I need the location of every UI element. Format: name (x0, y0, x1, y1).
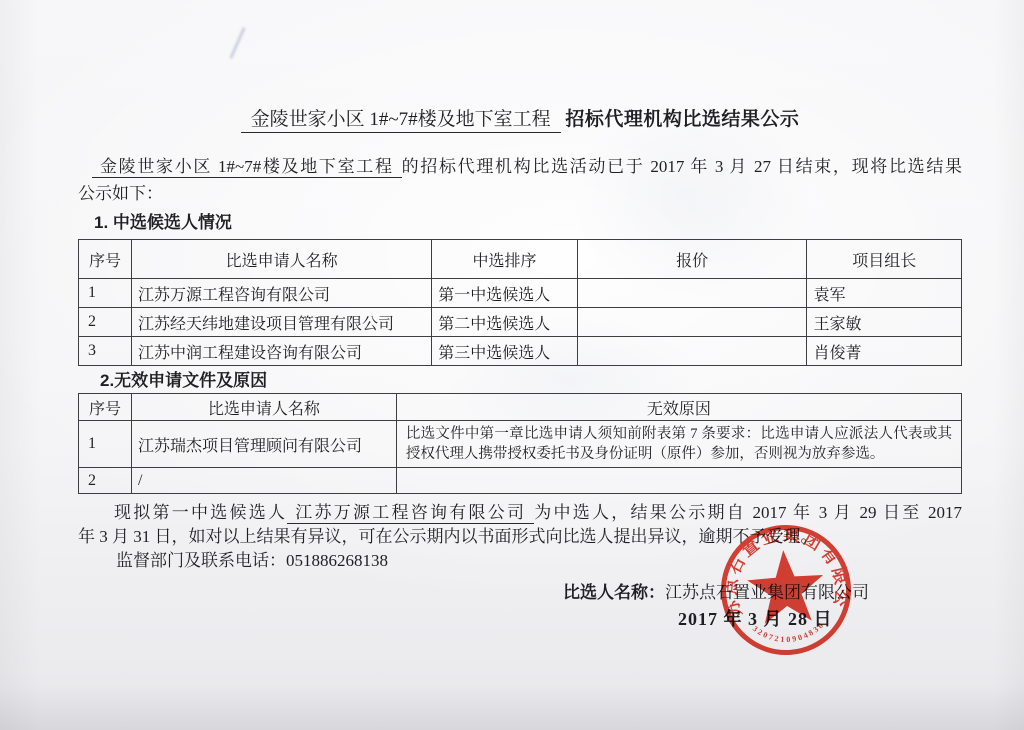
company-seal-stamp: 江苏点石置业集团有限公司 3207210904836 (709, 513, 863, 667)
cell-reason: 比选文件中第一章比选申请人须知前附表第 7 条要求：比选申请人应派法人代表或其授… (396, 421, 961, 468)
cell-index: 2 (79, 468, 132, 494)
closing-before: 现拟第一中选候选人 (114, 503, 287, 522)
table-row: 1 江苏万源工程咨询有限公司 第一中选候选人 袁军 (79, 279, 962, 308)
intro-line1: 金陵世家小区 1#~7#楼及地下室工程的招标代理机构比选活动已于 2017 年 … (78, 153, 962, 180)
col-header-rank: 中选排序 (432, 240, 578, 279)
table-row: 2 / (79, 468, 962, 494)
col-header-applicant: 比选申请人名称 (131, 394, 396, 421)
table-header-row: 序号 比选申请人名称 中选排序 报价 项目组长 (79, 240, 962, 279)
table-row: 3 江苏中润工程建设咨询有限公司 第三中选候选人 肖俊菁 (79, 337, 962, 366)
col-header-index: 序号 (79, 394, 132, 421)
cell-leader: 袁军 (807, 279, 962, 308)
candidates-table: 序号 比选申请人名称 中选排序 报价 项目组长 1 江苏万源工程咨询有限公司 第… (78, 239, 962, 366)
cell-rank: 第一中选候选人 (432, 279, 578, 308)
col-header-applicant: 比选申请人名称 (131, 240, 431, 279)
invalid-applications-table: 序号 比选申请人名称 无效原因 1 江苏瑞杰项目管理顾问有限公司 比选文件中第一… (78, 393, 962, 494)
cell-index: 3 (79, 337, 132, 366)
cell-applicant: 江苏经天纬地建设项目管理有限公司 (131, 308, 431, 337)
cell-price (577, 337, 807, 366)
cell-rank: 第二中选候选人 (432, 308, 578, 337)
intro-line2: 公示如下： (78, 180, 962, 207)
table-header-row: 序号 比选申请人名称 无效原因 (79, 394, 962, 421)
cell-price (577, 279, 807, 308)
col-header-price: 报价 (577, 240, 807, 279)
section2-heading: 2.无效申请文件及原因 (78, 369, 962, 392)
seal-star-icon (745, 547, 826, 624)
table-row: 1 江苏瑞杰项目管理顾问有限公司 比选文件中第一章比选申请人须知前附表第 7 条… (79, 421, 962, 468)
scanned-document-page: 金陵世家小区 1#~7#楼及地下室工程 招标代理机构比选结果公示 金陵世家小区 … (0, 0, 1024, 730)
cell-leader: 肖俊菁 (807, 337, 962, 366)
title-project-name: 金陵世家小区 1#~7#楼及地下室工程 (241, 109, 561, 133)
cell-index: 1 (79, 279, 132, 308)
cell-price (577, 308, 807, 337)
cell-applicant: 江苏中润工程建设咨询有限公司 (131, 337, 431, 366)
document-title: 金陵世家小区 1#~7#楼及地下室工程 招标代理机构比选结果公示 (78, 106, 962, 133)
intro-line1-text: 的招标代理机构比选活动已于 2017 年 3 月 27 日结束，现将比选结果 (402, 157, 962, 176)
table-row: 2 江苏经天纬地建设项目管理有限公司 第二中选候选人 王家敏 (79, 308, 962, 337)
intro-project-name: 金陵世家小区 1#~7#楼及地下室工程 (92, 157, 402, 178)
bidder-name-label: 比选人名称： (563, 583, 665, 602)
title-notice-type: 招标代理机构比选结果公示 (565, 109, 799, 130)
cell-applicant: 江苏万源工程咨询有限公司 (131, 279, 431, 308)
section1-heading: 1. 中选候选人情况 (78, 211, 962, 235)
cell-index: 1 (79, 421, 132, 468)
closing-after: 为中选人，结果公示期自 2017 年 3 月 29 日至 2017 (534, 503, 962, 522)
winner-name: 江苏万源工程咨询有限公司 (287, 503, 534, 524)
cell-applicant: / (131, 468, 396, 494)
cell-reason (396, 468, 961, 494)
col-header-index: 序号 (79, 240, 132, 279)
col-header-reason: 无效原因 (396, 394, 961, 421)
cell-leader: 王家敏 (807, 308, 962, 337)
col-header-leader: 项目组长 (807, 240, 962, 279)
cell-applicant: 江苏瑞杰项目管理顾问有限公司 (131, 421, 396, 468)
intro-paragraph: 金陵世家小区 1#~7#楼及地下室工程的招标代理机构比选活动已于 2017 年 … (78, 153, 962, 207)
cell-rank: 第三中选候选人 (432, 337, 578, 366)
cell-index: 2 (79, 308, 132, 337)
